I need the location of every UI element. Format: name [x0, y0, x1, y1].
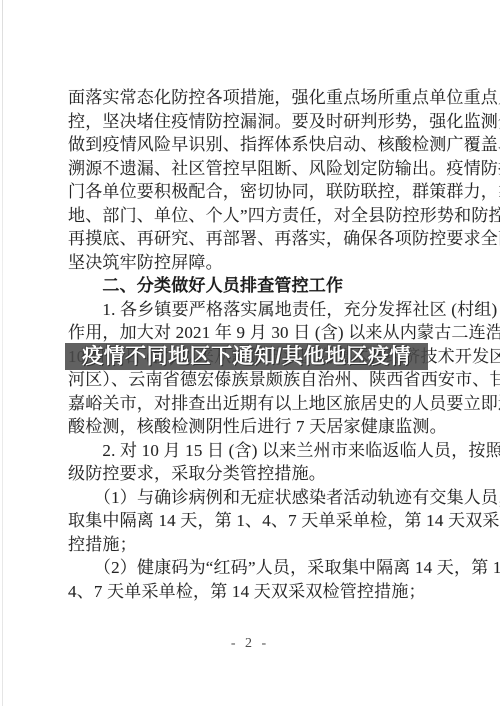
text-line: 地、部门、单位、个人”四方责任，对全县防控形势和防控措施 [68, 204, 464, 228]
caption-overlay-text: 疫情不同地区下通知/其他地区疫情 [82, 343, 411, 370]
text-line: 级防控要求，采取分类管控措施。 [68, 462, 464, 486]
text-line: 面落实常态化防控各项措施，强化重点场所重点单位重点人群管 [68, 86, 464, 110]
text-line: 河区）、云南省德宏傣族景颇族自治州、陕西省西安市、甘肃省 [68, 368, 464, 392]
text-line: 控措施； [68, 533, 464, 557]
page-number: - 2 - [0, 636, 500, 652]
text-line: 2. 对 10 月 15 日 (含) 以来兰州市来临返临人员，按照分区分 [68, 439, 464, 463]
text-line: 作用，加大对 2021 年 9 月 30 日 (含) 以来从内蒙古二连浩特市， [68, 321, 464, 345]
text-line: 做到疫情风险早识别、指挥体系快启动、核酸检测广覆盖、流调 [68, 133, 464, 157]
text-line: 4、7 天单采单检，第 14 天双采双检管控措施； [68, 580, 464, 604]
text-line: 门各单位要积极配合，密切协同，联防联控，群策群力，靠实“属 [68, 180, 464, 204]
text-line: （2）健康码为“红码”人员，采取集中隔离 14 天，第 1、 [68, 556, 464, 580]
section-heading: 二、分类做好人员排查管控工作 [68, 274, 464, 298]
text-line: 酸检测，核酸检测阴性后进行 7 天居家健康监测。 [68, 415, 464, 439]
text-line: 坚决筑牢防控屏障。 [68, 251, 464, 275]
text-line: 嘉峪关市，对排查出近期有以上地区旅居史的人员要立即进行核 [68, 392, 464, 416]
text-line: （1）与确诊病例和无症状感染者活动轨迹有交集人员，采 [68, 486, 464, 510]
text-line: 1. 各乡镇要严格落实属地责任，充分发挥社区 (村组) 网格化 [68, 298, 464, 322]
text-line: 控，坚决堵住疫情防控漏洞。要及时研判形势，强化监测分析， [68, 110, 464, 134]
scan-edge-artifact [2, 0, 3, 706]
text-line: 再摸底、再研究、再部署、再落实，确保各项防控要求全面落实， [68, 227, 464, 251]
text-line: 取集中隔离 14 天，第 1、4、7 天单采单检，第 14 天双采双检管 [68, 509, 464, 533]
caption-overlay-banner: 疫情不同地区下通知/其他地区疫情 [65, 343, 428, 370]
scanned-document-page: 面落实常态化防控各项措施，强化重点场所重点单位重点人群管 控，坚决堵住疫情防控漏… [0, 0, 500, 706]
text-line: 溯源不遗漏、社区管控早阻断、风险划定防输出。疫情防控各部 [68, 157, 464, 181]
